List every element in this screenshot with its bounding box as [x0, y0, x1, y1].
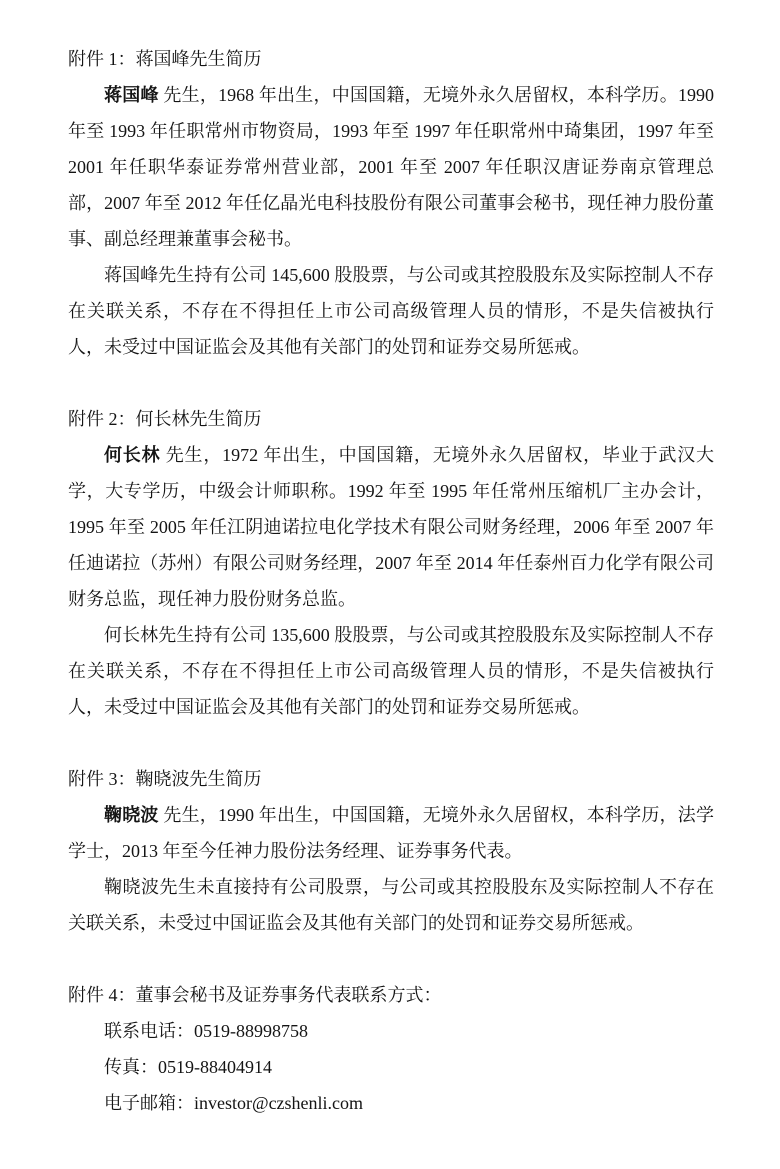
attachment-4-heading: 附件 4：董事会秘书及证券事务代表联系方式：: [68, 977, 714, 1013]
attachment-1-heading: 附件 1：蒋国峰先生简历: [68, 41, 714, 77]
attachment-3-bio-text: 先生，1990 年出生，中国国籍，无境外永久居留权，本科学历，法学学士，2013…: [68, 805, 714, 861]
contact-email-line: 电子邮箱：investor@czshenli.com: [68, 1085, 714, 1121]
contact-phone-line: 联系电话：0519-88998758: [68, 1013, 714, 1049]
attachment-3-holdings-paragraph: 鞠晓波先生未直接持有公司股票，与公司或其控股股东及实际控制人不存在关联关系，未受…: [68, 869, 714, 941]
contact-fax-line: 传真：0519-88404914: [68, 1049, 714, 1085]
section-attachment-2: 附件 2：何长林先生简历 何长林 先生，1972 年出生，中国国籍，无境外永久居…: [68, 401, 714, 725]
attachment-2-bio-paragraph: 何长林 先生，1972 年出生，中国国籍，无境外永久居留权，毕业于武汉大学，大专…: [68, 437, 714, 617]
attachment-1-bio-text: 先生，1968 年出生，中国国籍，无境外永久居留权，本科学历。1990 年至 1…: [68, 85, 714, 249]
contact-phone-value: 0519-88998758: [194, 1021, 308, 1041]
contact-email-label: 电子邮箱：: [104, 1093, 194, 1113]
person-name-jiangguofeng: 蒋国峰: [104, 85, 159, 105]
attachment-1-bio-paragraph: 蒋国峰 先生，1968 年出生，中国国籍，无境外永久居留权，本科学历。1990 …: [68, 77, 714, 257]
contact-phone-label: 联系电话：: [104, 1021, 194, 1041]
attachment-2-heading: 附件 2：何长林先生简历: [68, 401, 714, 437]
attachment-1-holdings-paragraph: 蒋国峰先生持有公司 145,600 股股票，与公司或其控股股东及实际控制人不存在…: [68, 257, 714, 365]
section-attachment-1: 附件 1：蒋国峰先生简历 蒋国峰 先生，1968 年出生，中国国籍，无境外永久居…: [68, 41, 714, 365]
attachment-3-heading: 附件 3：鞠晓波先生简历: [68, 761, 714, 797]
document-page: 附件 1：蒋国峰先生简历 蒋国峰 先生，1968 年出生，中国国籍，无境外永久居…: [0, 0, 780, 1169]
attachment-3-bio-paragraph: 鞠晓波 先生，1990 年出生，中国国籍，无境外永久居留权，本科学历，法学学士，…: [68, 797, 714, 869]
person-name-juxiaobo: 鞠晓波: [104, 805, 159, 825]
section-attachment-3: 附件 3：鞠晓波先生简历 鞠晓波 先生，1990 年出生，中国国籍，无境外永久居…: [68, 761, 714, 941]
contact-email-value: investor@czshenli.com: [194, 1093, 363, 1113]
attachment-2-bio-text: 先生，1972 年出生，中国国籍，无境外永久居留权，毕业于武汉大学，大专学历，中…: [68, 445, 714, 609]
contact-fax-label: 传真：: [104, 1057, 158, 1077]
section-attachment-4: 附件 4：董事会秘书及证券事务代表联系方式： 联系电话：0519-8899875…: [68, 977, 714, 1121]
person-name-hechanglin: 何长林: [104, 445, 160, 465]
contact-fax-value: 0519-88404914: [158, 1057, 272, 1077]
attachment-2-holdings-paragraph: 何长林先生持有公司 135,600 股股票，与公司或其控股股东及实际控制人不存在…: [68, 617, 714, 725]
